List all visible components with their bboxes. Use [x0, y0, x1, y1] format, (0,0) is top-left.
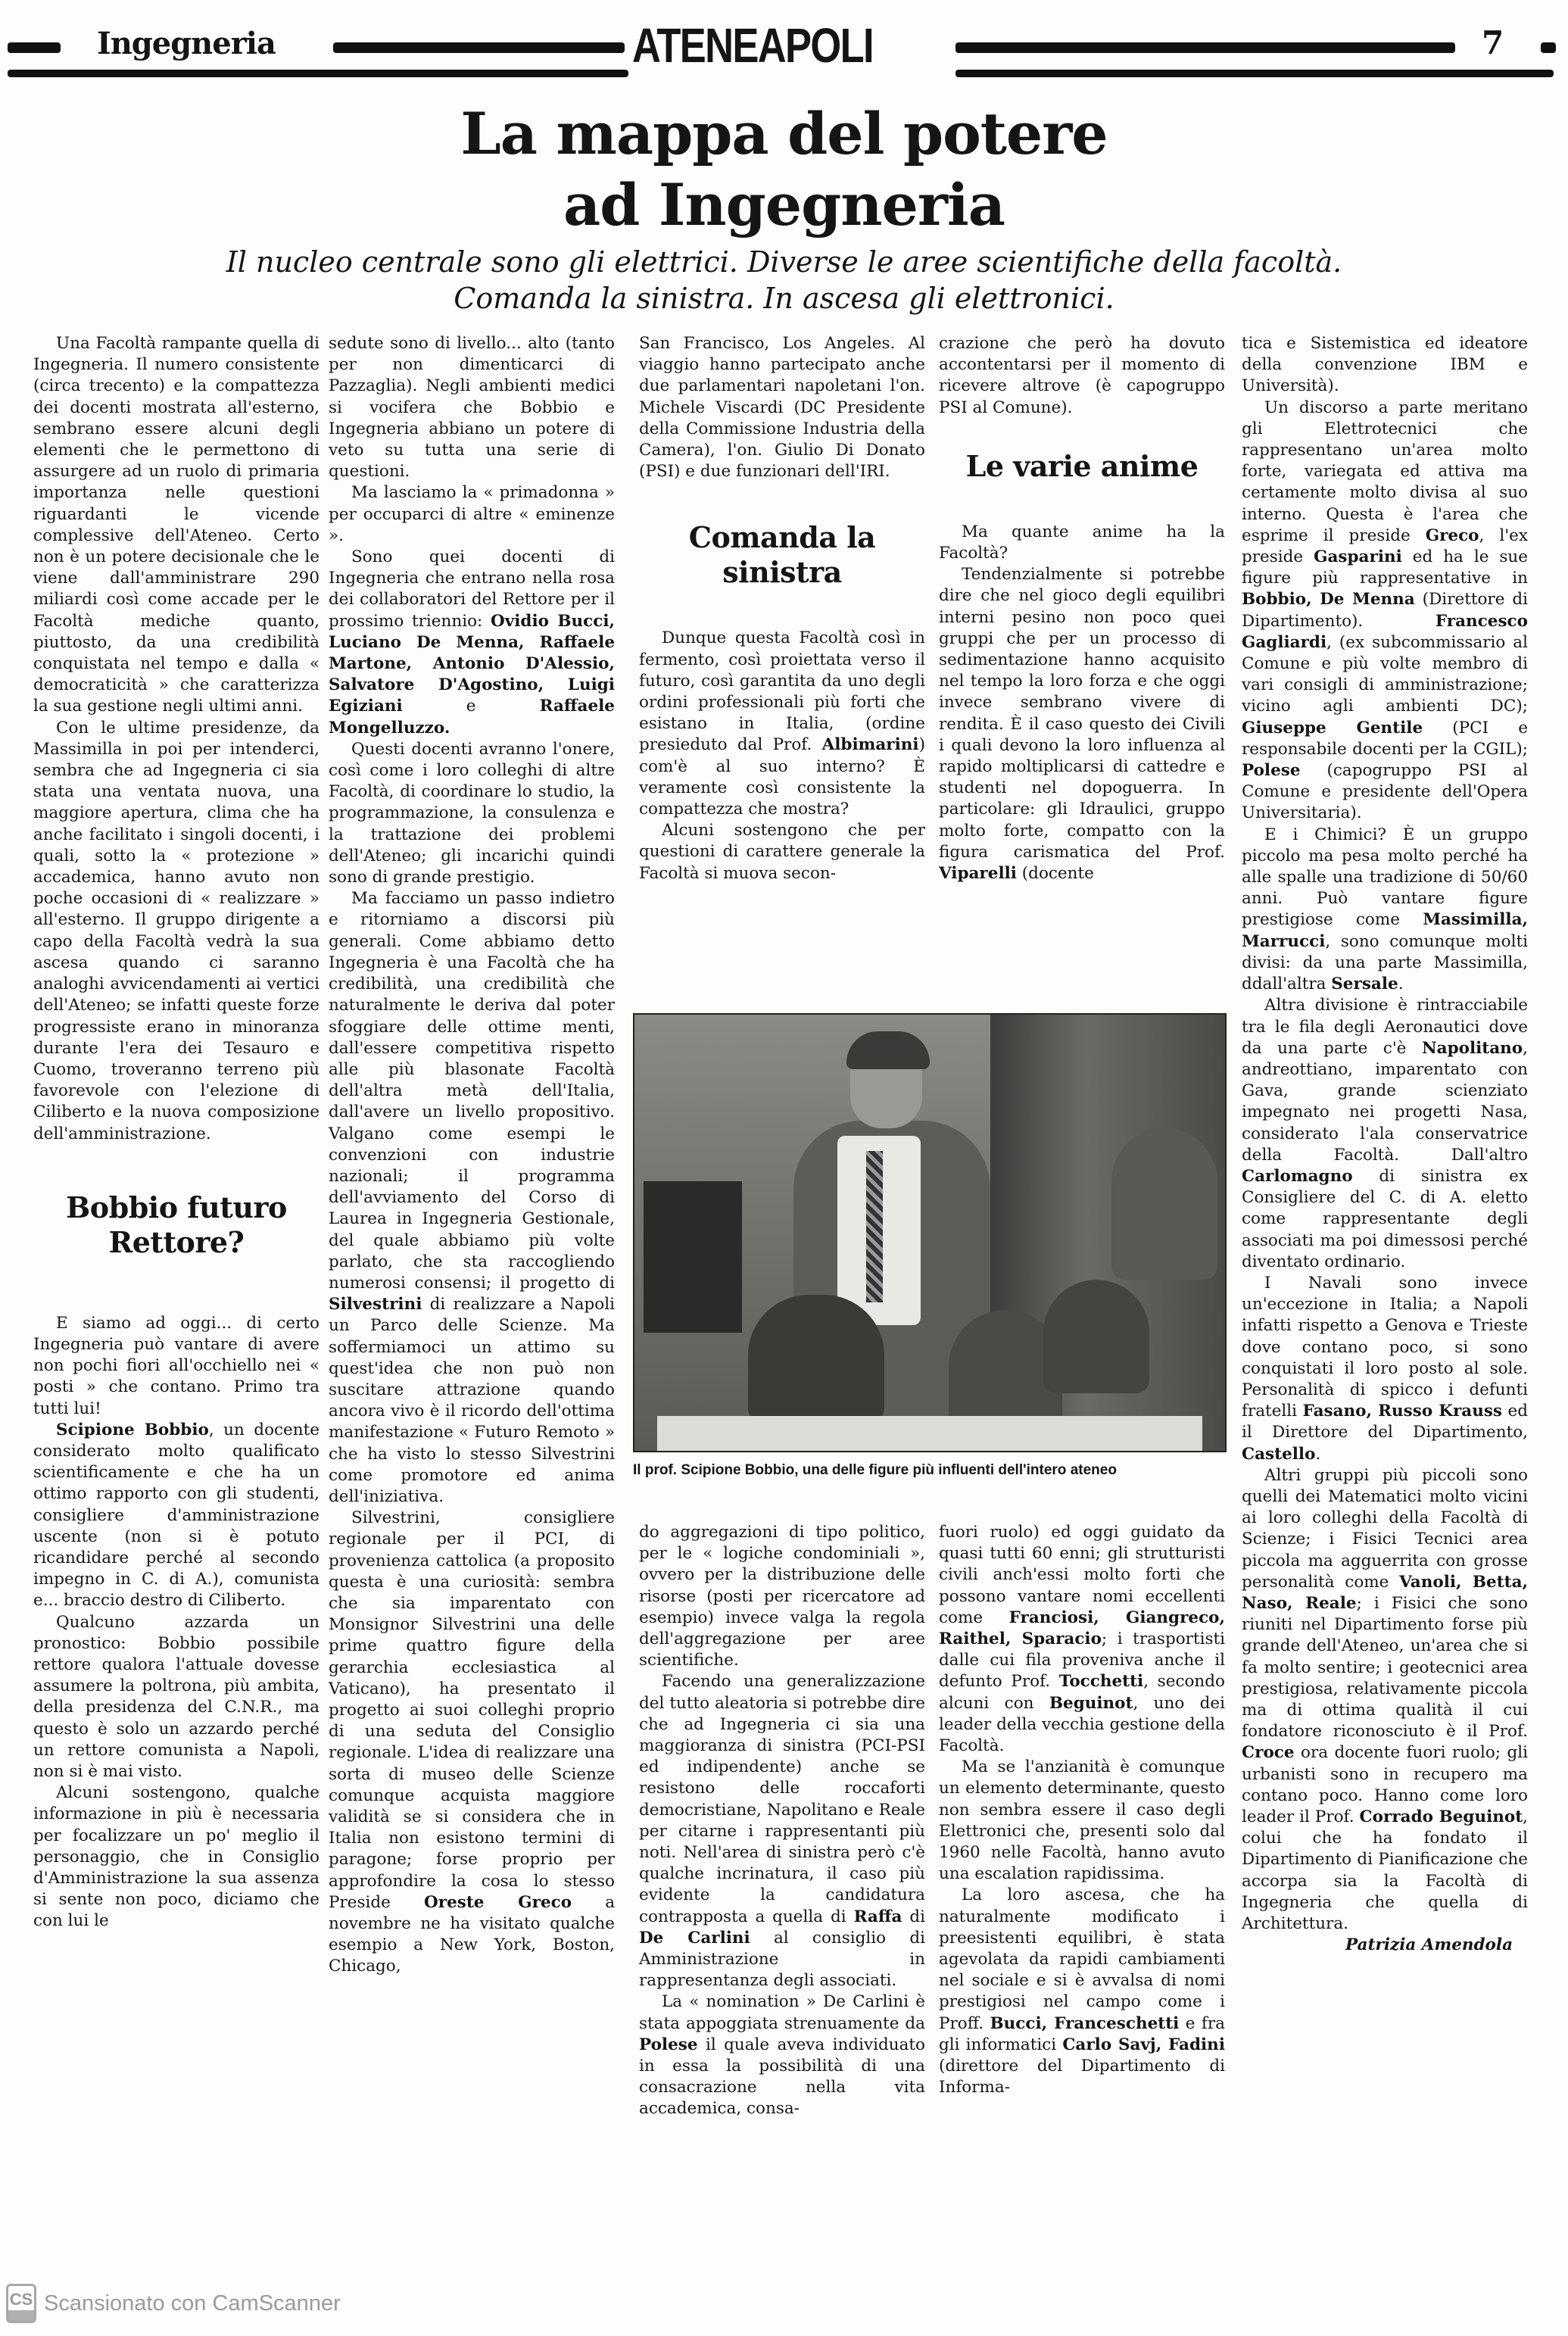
- person-name: Scipione Bobbio: [56, 1421, 209, 1439]
- headline-line-1: La mappa del potere: [0, 98, 1568, 170]
- scanner-watermark: CS Scansionato con CamScanner: [6, 2288, 341, 2319]
- paragraph: La loro ascesa, che ha naturalmente modi…: [939, 1885, 1225, 2098]
- article-deck: Il nucleo centrale sono gli elettrici. D…: [0, 244, 1568, 317]
- masthead-rule: [1541, 42, 1556, 53]
- paragraph: Silvestrini, consigliere regionale per i…: [329, 1508, 615, 1977]
- article-headline: La mappa del potere ad Ingegneria: [0, 98, 1568, 241]
- person-name: Oreste Greco: [424, 1893, 572, 1912]
- paragraph: Sono quei docenti di Ingegneria che entr…: [329, 547, 615, 739]
- person-name: Viparelli: [939, 864, 1017, 883]
- article-column-3: San Francisco, Los Angeles. Al viaggio h…: [639, 333, 925, 884]
- person-name: Beguinot: [1049, 1694, 1133, 1713]
- section-label: Ingegneria: [97, 26, 276, 61]
- article-column-4: crazione che però ha dovuto accontentars…: [939, 333, 1225, 884]
- paragraph: Altri gruppi più piccoli sono quelli dei…: [1242, 1465, 1528, 1935]
- article-photo: [633, 1013, 1227, 1452]
- subhead-sinistra: Comanda la sinistra: [639, 520, 925, 590]
- paragraph: Scipione Bobbio, un docente considerato …: [33, 1420, 320, 1612]
- paragraph: Questi docenti avranno l'onere, così com…: [329, 739, 615, 888]
- paragraph: tica e Sistemistica ed ideatore della co…: [1242, 333, 1528, 398]
- masthead: Ingegneria ATENEAPOLI 7: [0, 15, 1568, 83]
- paragraph: Ma quante anime ha la Facoltà?: [939, 522, 1225, 564]
- paragraph: do aggregazioni di tipo politico, per le…: [639, 1522, 925, 1671]
- paragraph: Una Facoltà rampante quella di Ingegneri…: [33, 333, 320, 718]
- deck-line-1: Il nucleo centrale sono gli elettrici. D…: [0, 244, 1568, 280]
- paragraph: sedute sono di livello... alto (tanto pe…: [329, 333, 615, 482]
- article-column-3-lower: do aggregazioni di tipo politico, per le…: [639, 1522, 925, 2120]
- paragraph: Altra divisione è rintracciabile tra le …: [1242, 995, 1528, 1273]
- deck-line-2: Comanda la sinistra. In ascesa gli elett…: [0, 280, 1568, 317]
- person-name: De Carlini: [639, 1929, 750, 1948]
- paragraph: Facendo una generalizzazione del tutto a…: [639, 1671, 925, 1991]
- page-number: 7: [1482, 24, 1504, 61]
- camscanner-logo-icon: CS: [6, 2284, 36, 2323]
- masthead-rule: [8, 70, 628, 77]
- article-column-5: tica e Sistemistica ed ideatore della co…: [1242, 333, 1528, 1956]
- paragraph: Ma facciamo un passo indietro e ritornia…: [329, 888, 615, 1508]
- subhead-bobbio: Bobbio futuro Rettore?: [33, 1190, 320, 1260]
- paragraph: San Francisco, Los Angeles. Al viaggio h…: [639, 333, 925, 482]
- paragraph: Un discorso a parte meritano gli Elettro…: [1242, 398, 1528, 825]
- article-column-1: Una Facoltà rampante quella di Ingegneri…: [33, 333, 320, 1932]
- paragraph: Ma lasciamo la « primadonna » per occupa…: [329, 482, 615, 547]
- author-byline: Patrizia Amendola: [1242, 1935, 1528, 1956]
- person-name: Silvestrini: [329, 1295, 422, 1314]
- paragraph: Qualcuno azzarda un pronostico: Bobbio p…: [33, 1612, 320, 1783]
- paragraph: Alcuni sostengono che per questioni di c…: [639, 820, 925, 884]
- paragraph: E siamo ad oggi... di certo Ingegneria p…: [33, 1313, 320, 1420]
- person-names: Bucci, Franceschetti: [990, 2014, 1179, 2033]
- person-name: Polese: [639, 2035, 698, 2054]
- paragraph: crazione che però ha dovuto accontentars…: [939, 333, 1225, 419]
- masthead-rule: [955, 42, 1455, 53]
- masthead-rule: [955, 70, 1554, 77]
- photo-caption: Il prof. Scipione Bobbio, una delle figu…: [633, 1461, 1227, 1480]
- publication-logo: ATENEAPOLI: [632, 21, 873, 70]
- paragraph: Ma se l'anzianità è comunque un elemento…: [939, 1757, 1225, 1885]
- paragraph: Dunque questa Facoltà così in fermento, …: [639, 628, 925, 820]
- subhead-anime: Le varie anime: [939, 449, 1225, 484]
- person-name: Tocchetti: [1059, 1672, 1143, 1691]
- headline-line-2: ad Ingegneria: [0, 170, 1568, 241]
- masthead-rule: [8, 42, 61, 53]
- paragraph: La « nomination » De Carlini è stata app…: [639, 1991, 925, 2119]
- paragraph: Alcuni sostengono, qualche informazione …: [33, 1782, 320, 1932]
- masthead-rule: [333, 42, 625, 53]
- article-column-4-lower: fuori ruolo) ed oggi guidato da quasi tu…: [939, 1522, 1225, 2098]
- watermark-text: Scansionato con CamScanner: [44, 2291, 341, 2316]
- paragraph: I Navali sono invece un'eccezione in Ita…: [1242, 1273, 1528, 1465]
- article-column-2: sedute sono di livello... alto (tanto pe…: [329, 333, 615, 1978]
- person-name: Raffa: [854, 1907, 902, 1926]
- person-names: Carlo Savj, Fadini: [1062, 2035, 1225, 2054]
- paragraph: Tendenzialmente si potrebbe dire che nel…: [939, 564, 1225, 884]
- paragraph: fuori ruolo) ed oggi guidato da quasi tu…: [939, 1522, 1225, 1757]
- paragraph: E i Chimici? È un gruppo piccolo ma pesa…: [1242, 825, 1528, 996]
- paragraph: Con le ultime presidenze, da Massimilla …: [33, 718, 320, 1145]
- person-name: Albimarini: [822, 735, 919, 754]
